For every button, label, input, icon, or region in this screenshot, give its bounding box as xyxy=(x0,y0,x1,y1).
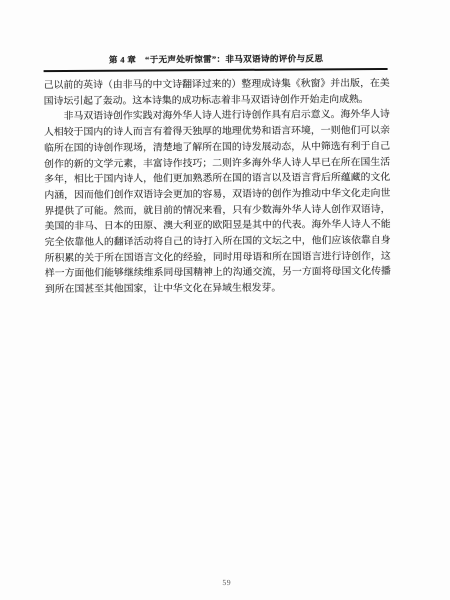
page-number: 59 xyxy=(2,577,450,589)
page-body: 己以前的英诗（由非马的中文诗翻译过来的）整理成诗集《秋窗》并出版，在美国诗坛引起… xyxy=(44,76,391,298)
chapter-title: 第 4 章 “于无声处听惊雷”：非马双语诗的评价与反思 xyxy=(109,53,323,64)
running-header: 第 4 章 “于无声处听惊雷”：非马双语诗的评价与反思 xyxy=(43,52,388,66)
book-page: 第 4 章 “于无声处听惊雷”：非马双语诗的评价与反思 己以前的英诗（由非马的中… xyxy=(0,0,450,600)
paragraph-continuation: 己以前的英诗（由非马的中文诗翻译过来的）整理成诗集《秋窗》并出版，在美国诗坛引起… xyxy=(44,76,390,110)
header-rule xyxy=(44,68,388,73)
paragraph: 非马双语诗创作实践对海外华人诗人进行诗创作具有启示意义。海外华人诗人相较于国内的… xyxy=(44,107,391,298)
